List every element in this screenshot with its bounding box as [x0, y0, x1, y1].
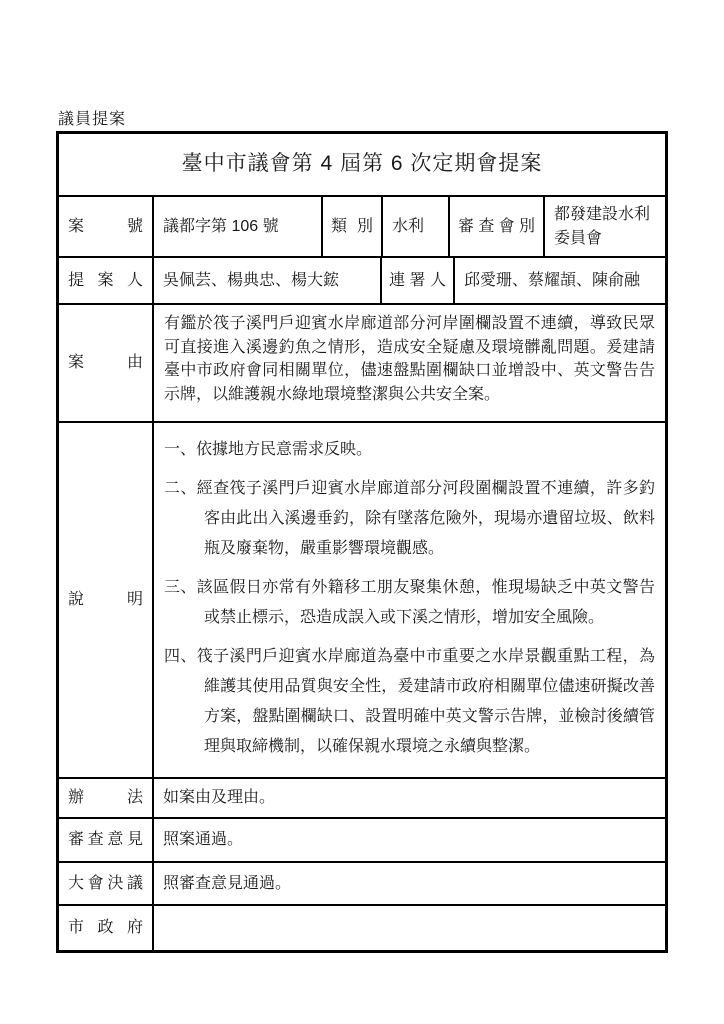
- review-opinion-label-text: 審查意見: [68, 828, 143, 851]
- review-opinion-value: 照案通過。: [152, 819, 665, 861]
- case-number-label: 案號: [59, 197, 152, 256]
- method-label: 辦法: [59, 779, 152, 817]
- review-committee-label-text: 審查會別: [458, 215, 535, 238]
- cosigner-names-text: 邱愛珊、蔡耀頡、陳俞融: [464, 269, 656, 292]
- explanation-label: 說明: [59, 423, 152, 777]
- category-label: 類別: [321, 197, 381, 256]
- category-value: 水利: [381, 197, 448, 256]
- method-label-text: 辦法: [68, 786, 143, 809]
- method-value-text: 如案由及理由。: [163, 786, 656, 809]
- cosigner-label-text: 連署人: [389, 269, 446, 292]
- category-value-text: 水利: [392, 215, 439, 238]
- method-value: 如案由及理由。: [152, 779, 665, 817]
- method-row: 辦法 如案由及理由。: [59, 777, 665, 817]
- proposal-table: 臺中市議會第 4 屆第 6 次定期會提案 案號 議都字第 106 號 類別 水利…: [56, 131, 668, 953]
- assembly-resolution-label-text: 大會決議: [68, 872, 143, 895]
- explanation-row: 說明 一、依據地方民意需求反映。 二、經查筏子溪門戶迎賓水岸廊道部分河段圍欄設置…: [59, 421, 665, 777]
- review-opinion-label: 審查意見: [59, 819, 152, 861]
- explanation-label-text: 說明: [68, 588, 143, 611]
- subject-label-text: 案由: [68, 351, 143, 374]
- proposer-names: 吳佩芸、楊典忠、楊大鋐: [152, 258, 380, 303]
- proposal-title: 臺中市議會第 4 屆第 6 次定期會提案: [59, 134, 665, 195]
- city-government-row: 市政府: [59, 904, 665, 950]
- assembly-resolution-value: 照審查意見通過。: [152, 863, 665, 904]
- case-number-label-text: 案號: [68, 215, 143, 238]
- doc-type-label: 議員提案: [58, 106, 126, 129]
- review-opinion-value-text: 照案通過。: [163, 828, 656, 851]
- review-opinion-row: 審查意見 照案通過。: [59, 817, 665, 861]
- review-committee-label: 審查會別: [448, 197, 543, 256]
- subject-label: 案由: [59, 305, 152, 421]
- cosigner-names: 邱愛珊、蔡耀頡、陳俞融: [453, 258, 665, 303]
- case-number-value-text: 議都字第 106 號: [163, 215, 312, 238]
- explanation-content: 一、依據地方民意需求反映。 二、經查筏子溪門戶迎賓水岸廊道部分河段圍欄設置不連續…: [152, 423, 665, 777]
- subject-content: 有鑑於筏子溪門戶迎賓水岸廊道部分河岸圍欄設置不連續，導致民眾可直接進入溪邊釣魚之…: [152, 305, 665, 421]
- explanation-item-2: 二、經查筏子溪門戶迎賓水岸廊道部分河段圍欄設置不連續，許多釣客由此出入溪邊垂釣，…: [164, 474, 655, 564]
- explanation-item-4: 四、筏子溪門戶迎賓水岸廊道為臺中市重要之水岸景觀重點工程，為維護其使用品質與安全…: [164, 642, 655, 762]
- proposer-label-text: 提案人: [68, 269, 143, 292]
- subject-row: 案由 有鑑於筏子溪門戶迎賓水岸廊道部分河岸圍欄設置不連續，導致民眾可直接進入溪邊…: [59, 303, 665, 421]
- assembly-resolution-row: 大會決議 照審查意見通過。: [59, 861, 665, 904]
- document-page: 議員提案 臺中市議會第 4 屆第 6 次定期會提案 案號 議都字第 106 號 …: [0, 0, 724, 1024]
- category-label-text: 類別: [331, 215, 373, 238]
- subject-text: 有鑑於筏子溪門戶迎賓水岸廊道部分河岸圍欄設置不連續，導致民眾可直接進入溪邊釣魚之…: [164, 312, 655, 406]
- city-government-value: [152, 906, 665, 950]
- city-government-label-text: 市政府: [68, 916, 143, 939]
- case-number-row: 案號 議都字第 106 號 類別 水利 審查會別 都發建設水利委員會: [59, 195, 665, 256]
- cosigner-label: 連署人: [380, 258, 453, 303]
- city-government-label: 市政府: [59, 906, 152, 950]
- review-committee-value: 都發建設水利委員會: [543, 197, 665, 256]
- proposer-row: 提案人 吳佩芸、楊典忠、楊大鋐 連署人 邱愛珊、蔡耀頡、陳俞融: [59, 256, 665, 303]
- proposer-label: 提案人: [59, 258, 152, 303]
- title-row: 臺中市議會第 4 屆第 6 次定期會提案: [59, 134, 665, 195]
- explanation-item-3: 三、該區假日亦常有外籍移工朋友聚集休憩，惟現場缺乏中英文警告或禁止標示，恐造成誤…: [164, 573, 655, 633]
- assembly-resolution-label: 大會決議: [59, 863, 152, 904]
- explanation-item-1: 一、依據地方民意需求反映。: [164, 435, 655, 465]
- proposer-names-text: 吳佩芸、楊典忠、楊大鋐: [163, 269, 371, 292]
- assembly-resolution-value-text: 照審查意見通過。: [163, 872, 656, 895]
- review-committee-value-text: 都發建設水利委員會: [554, 203, 656, 249]
- case-number-value: 議都字第 106 號: [152, 197, 321, 256]
